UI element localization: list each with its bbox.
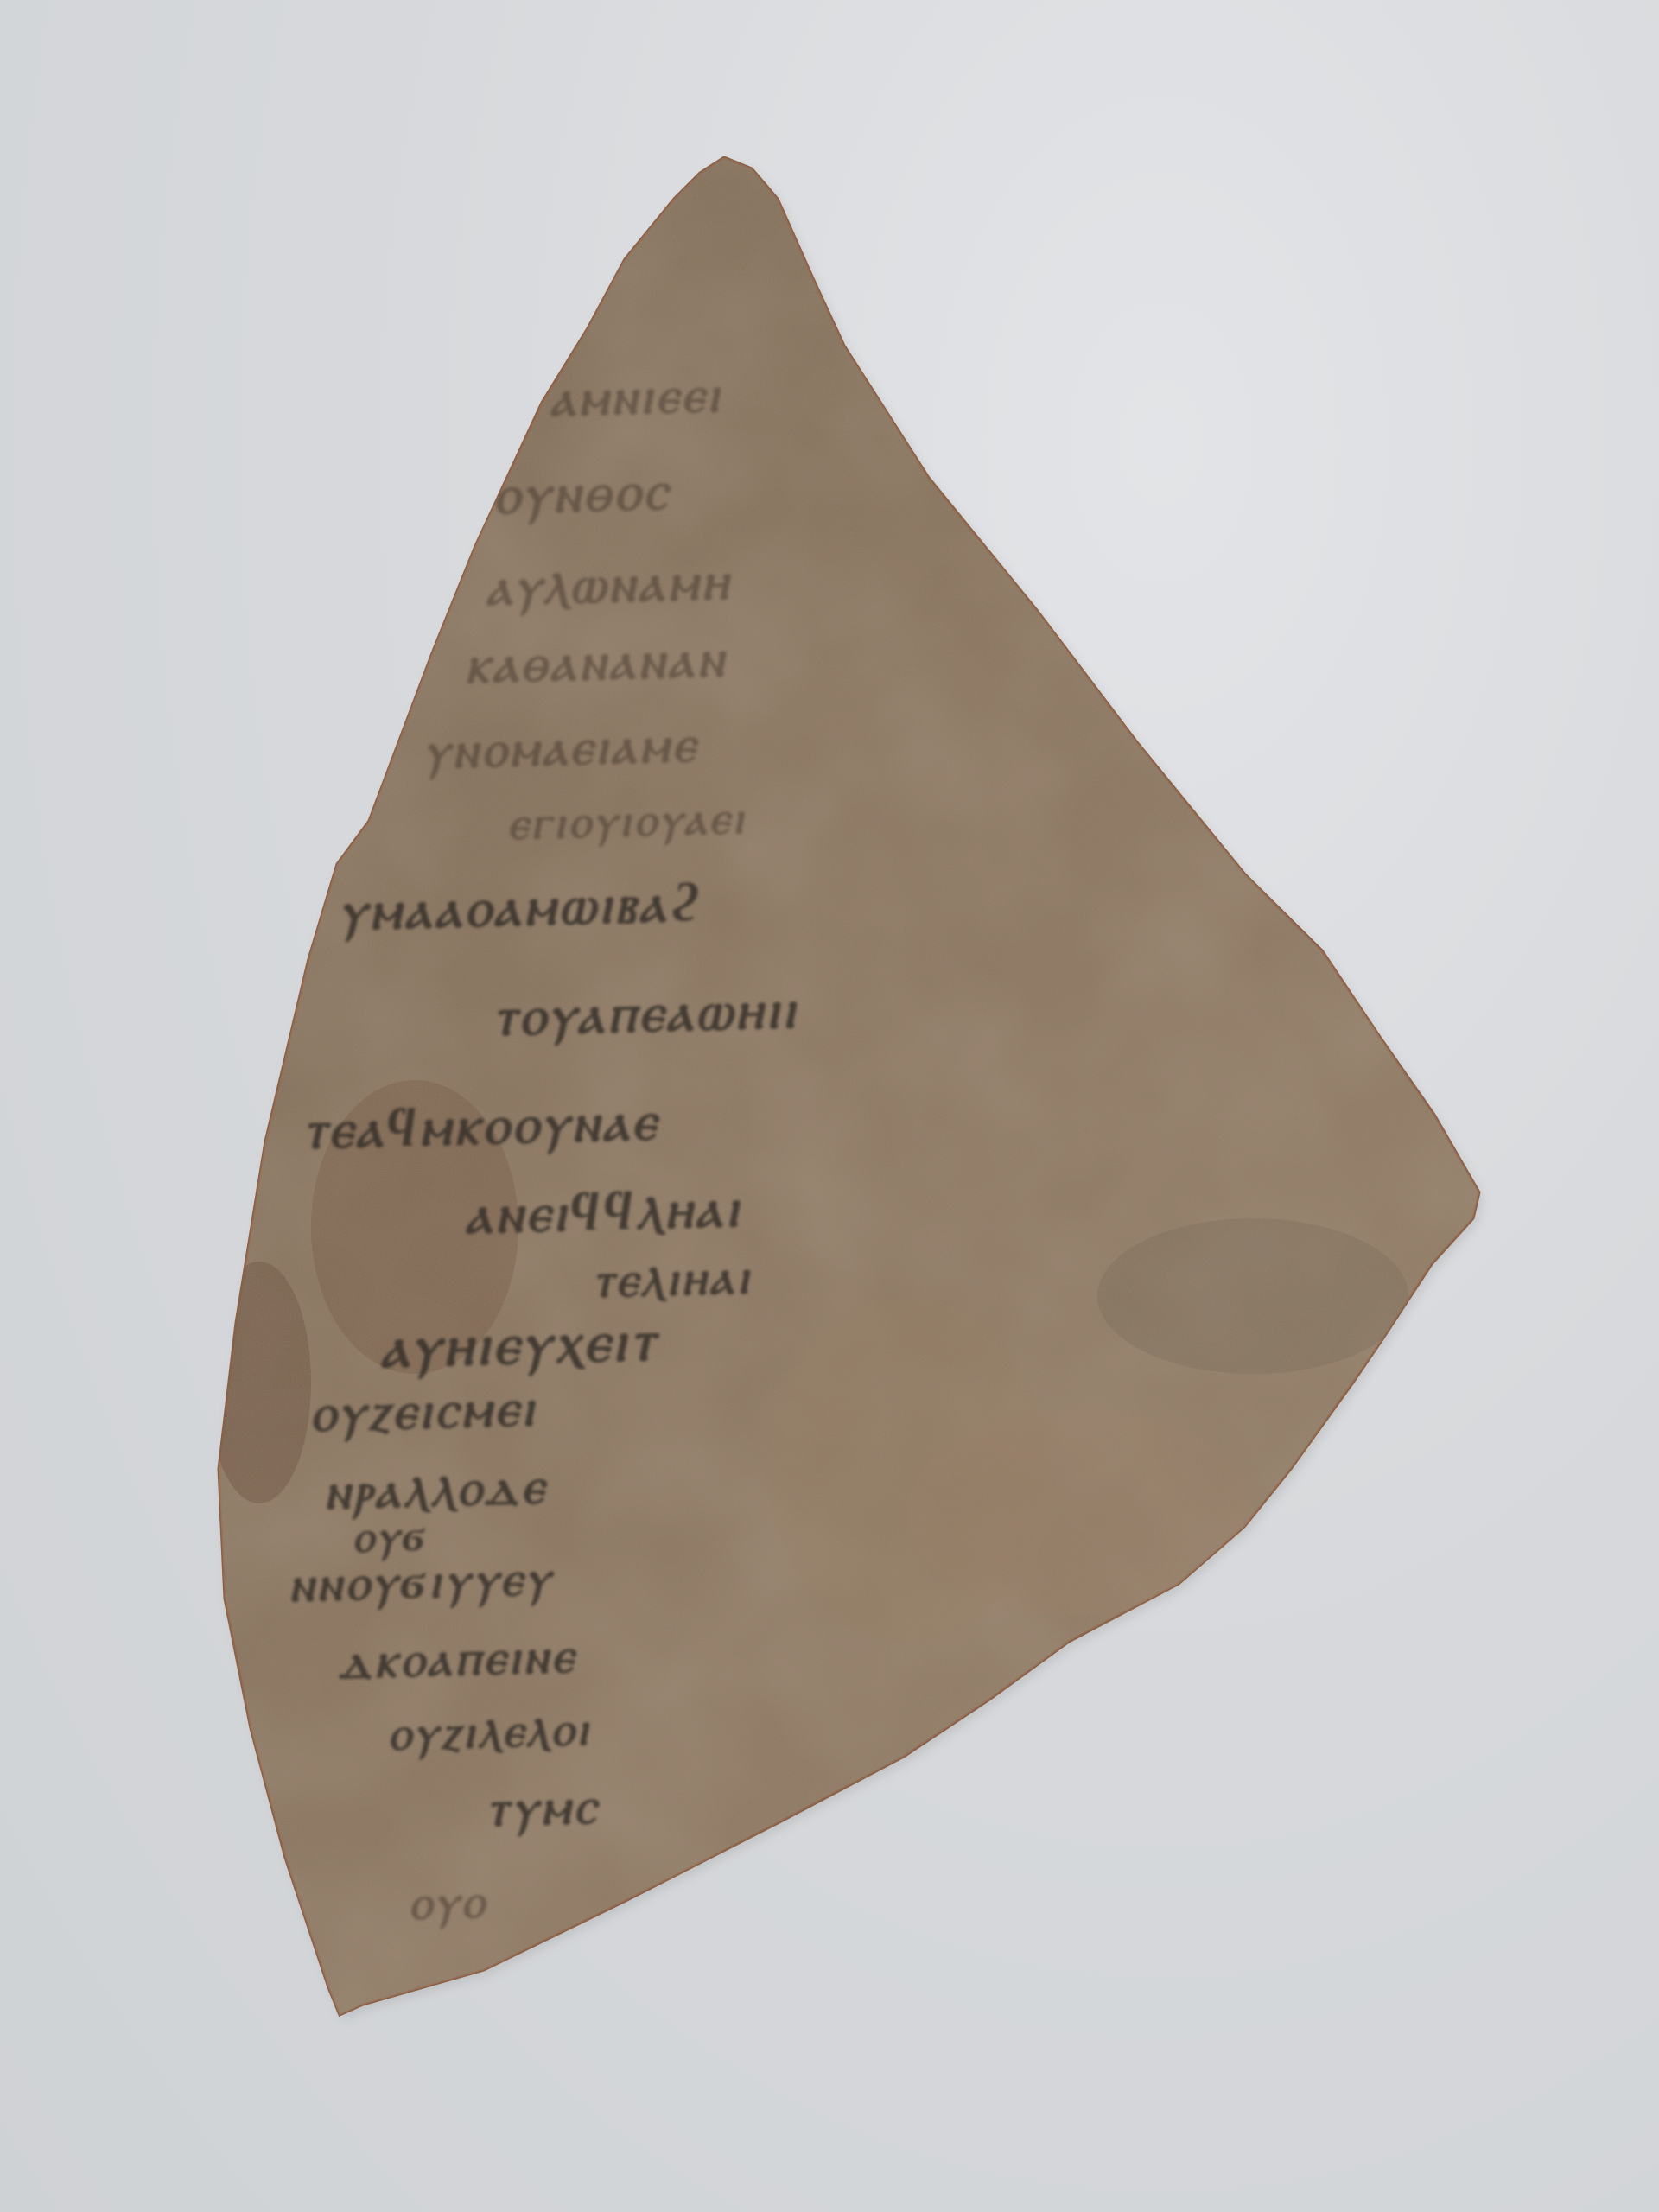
- ostracon-shard: [0, 0, 1659, 2212]
- photo-stage: ⲁⲙⲛⲓⲉⲉⲓⲟⲩⲛⲑⲟⲥⲁⲩⲗⲱⲛⲁⲙⲏⲕⲁⲑⲁⲛⲁⲛⲁⲛⲩⲛⲟⲙⲁⲉⲓⲁⲙⲉ…: [0, 0, 1659, 2212]
- shard-texture: [219, 157, 1479, 2015]
